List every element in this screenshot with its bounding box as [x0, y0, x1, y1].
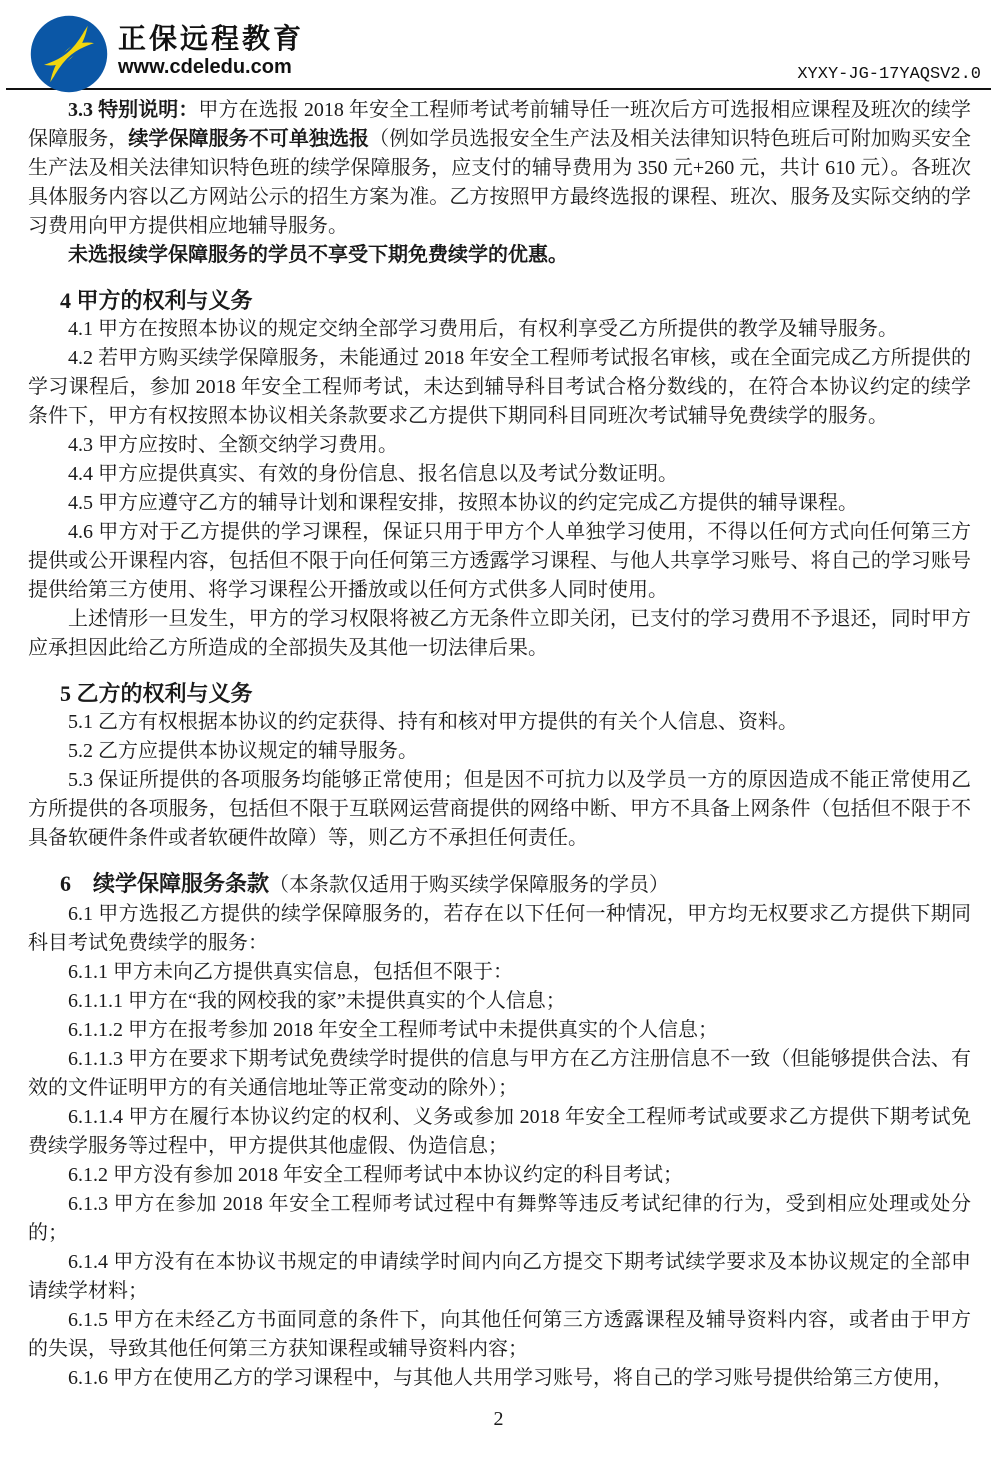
contract-paragraph: 6.1.5 甲方在未经乙方书面同意的条件下，向其他任何第三方透露课程及辅导资料内…: [28, 1306, 971, 1364]
text-run: 6.1.4 甲方没有在本协议书规定的申请续学时间内向乙方提交下期考试续学要求及本…: [28, 1251, 971, 1302]
contract-paragraph: 5.3 保证所提供的各项服务均能够正常使用；但是因不可抗力以及学员一方的原因造成…: [28, 766, 971, 853]
contract-paragraph: 6.1.1.1 甲方在“我的网校我的家”未提供真实的个人信息；: [28, 987, 971, 1016]
text-run: 6.1 甲方选报乙方提供的续学保障服务的，若存在以下任何一种情况，甲方均无权要求…: [28, 903, 971, 954]
text-run: 4.3 甲方应按时、全额交纳学习费用。: [68, 434, 398, 456]
contract-paragraph: 6.1.1.3 甲方在要求下期考试免费续学时提供的信息与甲方在乙方注册信息不一致…: [28, 1045, 971, 1103]
text-run: 4.2 若甲方购买续学保障服务，未能通过 2018 年安全工程师考试报名审核，或…: [28, 347, 971, 427]
contract-paragraph: 6.1.1.4 甲方在履行本协议约定的权利、义务或参加 2018 年安全工程师考…: [28, 1103, 971, 1161]
contract-paragraph: 3.3 特别说明：甲方在选报 2018 年安全工程师考试考前辅导任一班次后方可选…: [28, 96, 971, 241]
page-number: 2: [0, 1408, 997, 1431]
contract-paragraph: 6.1.4 甲方没有在本协议书规定的申请续学时间内向乙方提交下期考试续学要求及本…: [28, 1248, 971, 1306]
text-run: 6.1.5 甲方在未经乙方书面同意的条件下，向其他任何第三方透露课程及辅导资料内…: [28, 1309, 971, 1360]
contract-paragraph: 上述情形一旦发生，甲方的学习权限将被乙方无条件立即关闭，已支付的学习费用不予退还…: [28, 605, 971, 663]
text-run: （本条款仅适用于购买续学保障服务的学员）: [269, 874, 669, 896]
page-header: 正保远程教育 www.cdeledu.com XYXY-JG-17YAQSV2.…: [0, 0, 997, 88]
text-run: 6.1.1.2 甲方在报考参加 2018 年安全工程师考试中未提供真实的个人信息…: [68, 1019, 718, 1041]
contract-body: 3.3 特别说明：甲方在选报 2018 年安全工程师考试考前辅导任一班次后方可选…: [0, 90, 997, 1393]
text-run: 4 甲方的权利与义务: [60, 288, 253, 313]
contract-paragraph: 6.1.6 甲方在使用乙方的学习课程中，与其他人共用学习账号，将自己的学习账号提…: [28, 1364, 971, 1393]
text-run: 6.1.1 甲方未向乙方提供真实信息，包括但不限于：: [68, 961, 513, 983]
text-run: 3.3 特别说明：: [68, 99, 198, 121]
text-run: 4.1 甲方在按照本协议的规定交纳全部学习费用后，有权利享受乙方所提供的教学及辅…: [68, 318, 898, 340]
text-run: 6.1.3 甲方在参加 2018 年安全工程师考试过程中有舞弊等违反考试纪律的行…: [28, 1193, 971, 1244]
logo-text: 正保远程教育 www.cdeledu.com: [118, 15, 304, 79]
contract-paragraph: 4.1 甲方在按照本协议的规定交纳全部学习费用后，有权利享受乙方所提供的教学及辅…: [28, 315, 971, 344]
section-heading: 6 续学保障服务条款（本条款仅适用于购买续学保障服务的学员）: [28, 869, 971, 900]
text-run: 续学保障服务不可单独选报: [128, 128, 369, 150]
contract-paragraph: 6.1 甲方选报乙方提供的续学保障服务的，若存在以下任何一种情况，甲方均无权要求…: [28, 900, 971, 958]
text-run: 6 续学保障服务条款: [60, 871, 269, 896]
contract-paragraph: 未选报续学保障服务的学员不享受下期免费续学的优惠。: [28, 241, 971, 270]
text-run: 6.1.1.4 甲方在履行本协议约定的权利、义务或参加 2018 年安全工程师考…: [28, 1106, 971, 1157]
contract-paragraph: 4.5 甲方应遵守乙方的辅导计划和课程安排，按照本协议的约定完成乙方提供的辅导课…: [28, 489, 971, 518]
contract-paragraph: 4.2 若甲方购买续学保障服务，未能通过 2018 年安全工程师考试报名审核，或…: [28, 344, 971, 431]
company-url: www.cdeledu.com: [118, 55, 304, 79]
contract-paragraph: 6.1.2 甲方没有参加 2018 年安全工程师考试中本协议约定的科目考试；: [28, 1161, 971, 1190]
document-code: XYXY-JG-17YAQSV2.0: [797, 65, 981, 84]
text-run: 6.1.1.3 甲方在要求下期考试免费续学时提供的信息与甲方在乙方注册信息不一致…: [28, 1048, 971, 1099]
text-run: 5 乙方的权利与义务: [60, 681, 253, 706]
contract-paragraph: 4.4 甲方应提供真实、有效的身份信息、报名信息以及考试分数证明。: [28, 460, 971, 489]
text-run: 6.1.1.1 甲方在“我的网校我的家”未提供真实的个人信息；: [68, 990, 566, 1012]
company-name: 正保远程教育: [118, 23, 304, 55]
text-run: 5.3 保证所提供的各项服务均能够正常使用；但是因不可抗力以及学员一方的原因造成…: [28, 769, 971, 849]
document-page: 正保远程教育 www.cdeledu.com XYXY-JG-17YAQSV2.…: [0, 0, 997, 1468]
contract-paragraph: 5.1 乙方有权根据本协议的约定获得、持有和核对甲方提供的有关个人信息、资料。: [28, 708, 971, 737]
text-run: 4.4 甲方应提供真实、有效的身份信息、报名信息以及考试分数证明。: [68, 463, 678, 485]
contract-paragraph: 4.3 甲方应按时、全额交纳学习费用。: [28, 431, 971, 460]
section-heading: 5 乙方的权利与义务: [28, 679, 971, 708]
contract-paragraph: 5.2 乙方应提供本协议规定的辅导服务。: [28, 737, 971, 766]
swirl-globe-icon: [30, 15, 108, 93]
section-heading: 4 甲方的权利与义务: [28, 286, 971, 315]
text-run: 5.1 乙方有权根据本协议的约定获得、持有和核对甲方提供的有关个人信息、资料。: [68, 711, 798, 733]
contract-paragraph: 6.1.3 甲方在参加 2018 年安全工程师考试过程中有舞弊等违反考试纪律的行…: [28, 1190, 971, 1248]
text-run: 4.6 甲方对于乙方提供的学习课程，保证只用于甲方个人单独学习使用，不得以任何方…: [28, 521, 971, 601]
contract-paragraph: 6.1.1 甲方未向乙方提供真实信息，包括但不限于：: [28, 958, 971, 987]
contract-paragraph: 4.6 甲方对于乙方提供的学习课程，保证只用于甲方个人单独学习使用，不得以任何方…: [28, 518, 971, 605]
text-run: 6.1.6 甲方在使用乙方的学习课程中，与其他人共用学习账号，将自己的学习账号提…: [68, 1367, 953, 1389]
company-logo: 正保远程教育 www.cdeledu.com: [30, 15, 304, 93]
text-run: 未选报续学保障服务的学员不享受下期免费续学的优惠。: [68, 244, 568, 266]
text-run: 4.5 甲方应遵守乙方的辅导计划和课程安排，按照本协议的约定完成乙方提供的辅导课…: [68, 492, 858, 514]
text-run: 6.1.2 甲方没有参加 2018 年安全工程师考试中本协议约定的科目考试；: [68, 1164, 683, 1186]
contract-paragraph: 6.1.1.2 甲方在报考参加 2018 年安全工程师考试中未提供真实的个人信息…: [28, 1016, 971, 1045]
text-run: 上述情形一旦发生，甲方的学习权限将被乙方无条件立即关闭，已支付的学习费用不予退还…: [28, 608, 971, 659]
text-run: 5.2 乙方应提供本协议规定的辅导服务。: [68, 740, 418, 762]
